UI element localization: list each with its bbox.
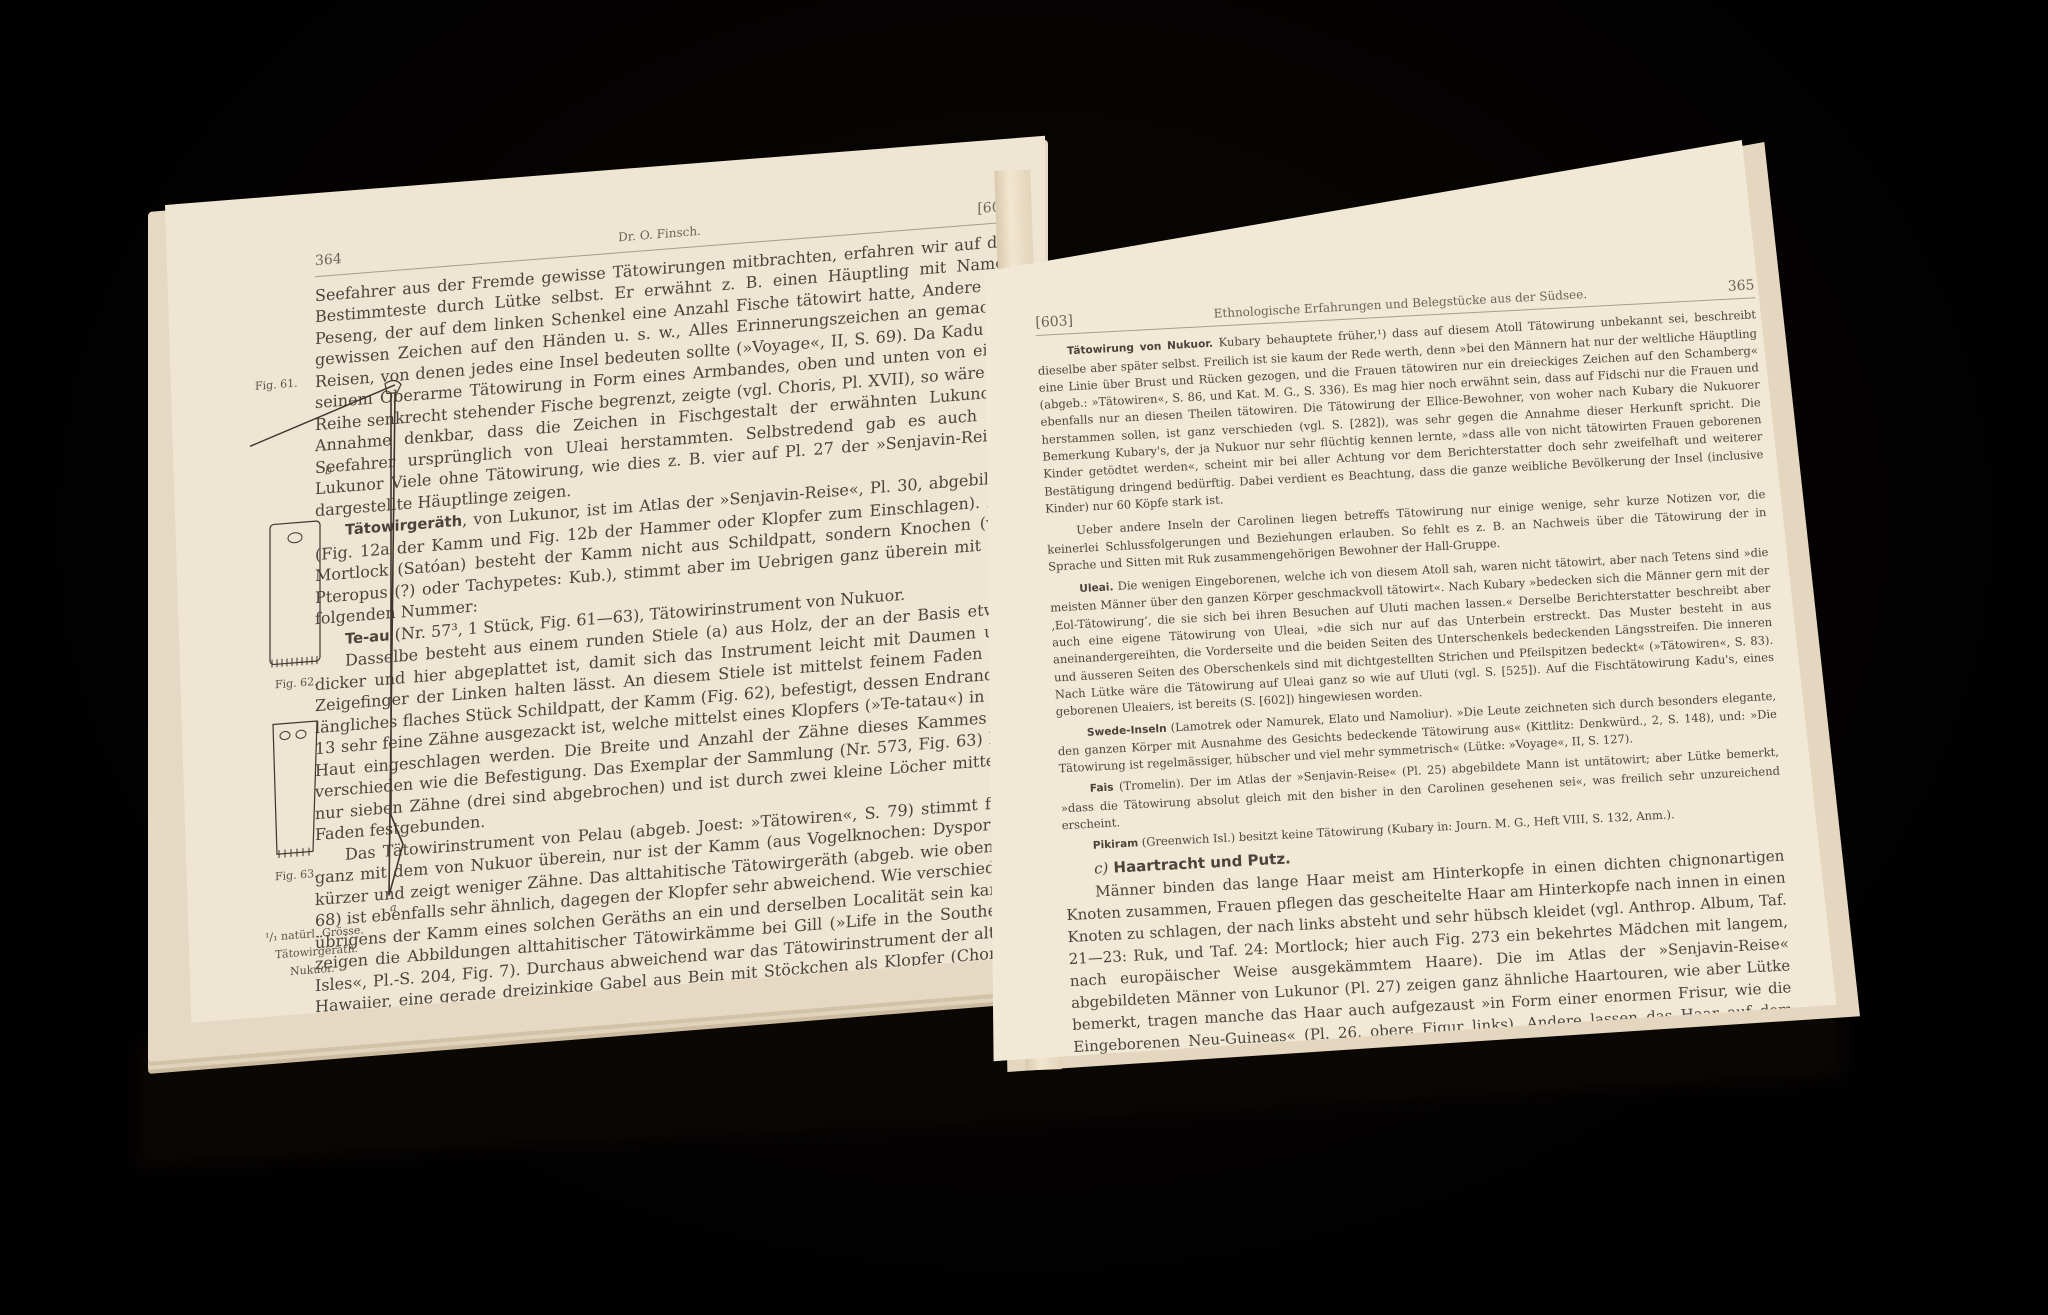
- left-page: 364 Dr. O. Finsch. [602] Fig. 61. b Fig.…: [165, 136, 1045, 1025]
- heading-pikiram: Pikiram: [1093, 838, 1139, 852]
- heading-swede: Swede-Inseln: [1087, 722, 1167, 738]
- page-number-right: 365: [1727, 277, 1755, 296]
- figure-column: Fig. 61. b Fig. 62. Fig. 63. a ¹/₁ natür…: [245, 359, 465, 976]
- page-number-left: 364: [315, 249, 342, 273]
- fig61-part-b: b: [325, 460, 332, 482]
- bracket-number-right: [603]: [1035, 313, 1074, 332]
- fig62-label: Fig. 62.: [275, 671, 318, 696]
- heading-fais: Fais: [1090, 782, 1114, 795]
- tattoo-instrument-illustration: [245, 369, 465, 946]
- author-head: Dr. O. Finsch.: [618, 221, 701, 249]
- fig61-part-a: a: [390, 897, 397, 919]
- heading-uleai: Uleai.: [1079, 581, 1114, 595]
- paragraph-nukuor: Tätowirung von Nukuor. Kubary behauptete…: [1037, 307, 1765, 518]
- right-page: [603] Ethnologische Erfahrungen und Bele…: [985, 140, 1845, 1080]
- fig63-label: Fig. 63.: [275, 863, 318, 888]
- place-caption: Nukuor.: [290, 958, 335, 983]
